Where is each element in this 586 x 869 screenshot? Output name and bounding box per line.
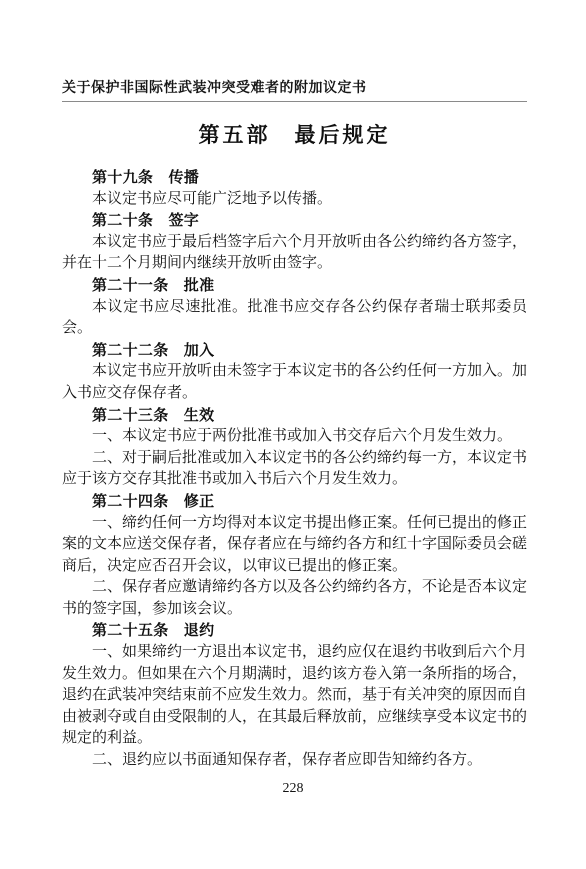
- article-paragraph: 二、退约应以书面通知保存者，保存者应即告知缔约各方。: [62, 750, 527, 772]
- article-heading: 第二十条 签字: [62, 210, 527, 232]
- article-heading: 第二十五条 退约: [62, 620, 527, 642]
- article: 第二十五条 退约 一、如果缔约一方退出本议定书，退约应仅在退约书收到后六个月发生…: [62, 620, 527, 771]
- article-paragraph: 本议定书应于最后档签字后六个月开放听由各公约缔约各方签字，并在十二个月期间内继续…: [62, 232, 527, 275]
- article-heading: 第二十三条 生效: [62, 405, 527, 427]
- article-paragraph: 本议定书应开放听由未签字于本议定书的各公约任何一方加入。加入书应交存保存者。: [62, 361, 527, 404]
- running-header: 关于保护非国际性武装冲突受难者的附加议定书: [62, 0, 527, 102]
- article-paragraph: 本议定书应尽速批准。批准书应交存各公约保存者瑞士联邦委员会。: [62, 297, 527, 340]
- section-title: 第五部 最后规定: [62, 122, 527, 149]
- article: 第二十三条 生效 一、本议定书应于两份批准书或加入书交存后六个月发生效力。 二、…: [62, 405, 527, 491]
- page-content: 关于保护非国际性武装冲突受难者的附加议定书 第五部 最后规定 第十九条 传播 本…: [0, 0, 586, 772]
- article: 第十九条 传播 本议定书应尽可能广泛地予以传播。: [62, 167, 527, 210]
- document-page: 关于保护非国际性武装冲突受难者的附加议定书 第五部 最后规定 第十九条 传播 本…: [0, 0, 586, 869]
- article-paragraph: 一、本议定书应于两份批准书或加入书交存后六个月发生效力。: [62, 426, 527, 448]
- article: 第二十一条 批准 本议定书应尽速批准。批准书应交存各公约保存者瑞士联邦委员会。: [62, 275, 527, 340]
- article-paragraph: 一、缔约任何一方均得对本议定书提出修正案。任何已提出的修正案的文本应送交保存者，…: [62, 513, 527, 578]
- article-paragraph: 一、如果缔约一方退出本议定书，退约应仅在退约书收到后六个月发生效力。但如果在六个…: [62, 642, 527, 750]
- article: 第二十条 签字 本议定书应于最后档签字后六个月开放听由各公约缔约各方签字，并在十…: [62, 210, 527, 275]
- article: 第二十二条 加入 本议定书应开放听由未签字于本议定书的各公约任何一方加入。加入书…: [62, 340, 527, 405]
- article-heading: 第二十四条 修正: [62, 491, 527, 513]
- page-number: 228: [0, 781, 586, 797]
- article-heading: 第二十一条 批准: [62, 275, 527, 297]
- article-heading: 第二十二条 加入: [62, 340, 527, 362]
- article-heading: 第十九条 传播: [62, 167, 527, 189]
- article-paragraph: 二、保存者应邀请缔约各方以及各公约缔约各方，不论是否本议定书的签字国，参加该会议…: [62, 577, 527, 620]
- articles: 第十九条 传播 本议定书应尽可能广泛地予以传播。 第二十条 签字 本议定书应于最…: [62, 167, 527, 772]
- article: 第二十四条 修正 一、缔约任何一方均得对本议定书提出修正案。任何已提出的修正案的…: [62, 491, 527, 621]
- article-paragraph: 二、对于嗣后批准或加入本议定书的各公约缔约每一方，本议定书应于该方交存其批准书或…: [62, 448, 527, 491]
- article-paragraph: 本议定书应尽可能广泛地予以传播。: [62, 189, 527, 211]
